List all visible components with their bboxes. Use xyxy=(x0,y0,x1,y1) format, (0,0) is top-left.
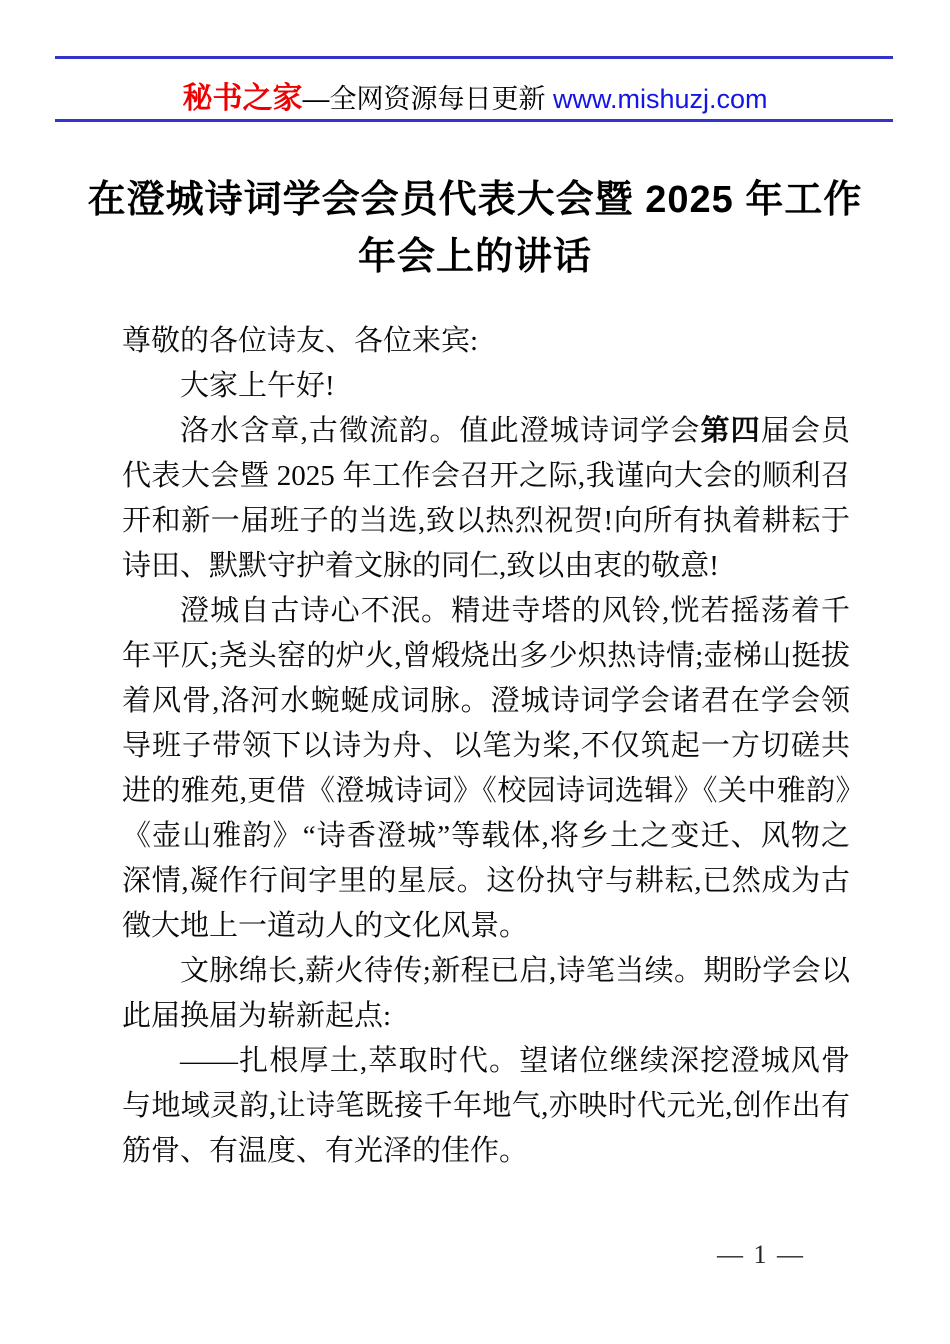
header-rule-top xyxy=(55,56,893,59)
document-title-line-1: 在澄城诗词学会会员代表大会暨 2025 年工作 xyxy=(0,172,950,229)
paragraph-transition: 文脉绵长,薪火待传;新程已启,诗笔当续。期盼学会以此届换届为崭新起点: xyxy=(122,949,850,1039)
paragraph-heritage: 澄城自古诗心不泯。精进寺塔的风铃,恍若摇荡着千年平仄;尧头窑的炉火,曾煅烧出多少… xyxy=(122,589,850,949)
header-tagline: —全网资源每日更新 xyxy=(302,84,553,114)
document-page: 秘书之家—全网资源每日更新 www.mishuzj.com 在澄城诗词学会会员代… xyxy=(0,0,950,1344)
page-number: — 1 — xyxy=(0,1240,805,1270)
greeting-line: 大家上午好! xyxy=(122,364,850,409)
congrats-text-pre: 洛水含章,古徵流韵。值此澄城诗词学会 xyxy=(180,415,700,447)
paragraph-point-roots: ——扎根厚土,萃取时代。望诸位继续深挖澄城风骨与地域灵韵,让诗笔既接千年地气,亦… xyxy=(122,1039,850,1174)
site-name: 秘书之家 xyxy=(182,82,302,115)
document-body: 尊敬的各位诗友、各位来宾: 大家上午好! 洛水含章,古徵流韵。值此澄城诗词学会第… xyxy=(122,319,850,1174)
header-rule-bottom xyxy=(55,119,893,122)
watermark-header: 秘书之家—全网资源每日更新 www.mishuzj.com xyxy=(0,83,950,115)
salutation-line: 尊敬的各位诗友、各位来宾: xyxy=(122,319,850,364)
paragraph-congratulations: 洛水含章,古徵流韵。值此澄城诗词学会第四届会员代表大会暨 2025 年工作会召开… xyxy=(122,409,850,589)
site-url-link[interactable]: www.mishuzj.com xyxy=(553,84,768,114)
document-title-line-2: 年会上的讲话 xyxy=(0,229,950,286)
document-title: 在澄城诗词学会会员代表大会暨 2025 年工作 年会上的讲话 xyxy=(0,172,950,286)
congrats-text-bold-fourth: 第四 xyxy=(700,415,760,447)
